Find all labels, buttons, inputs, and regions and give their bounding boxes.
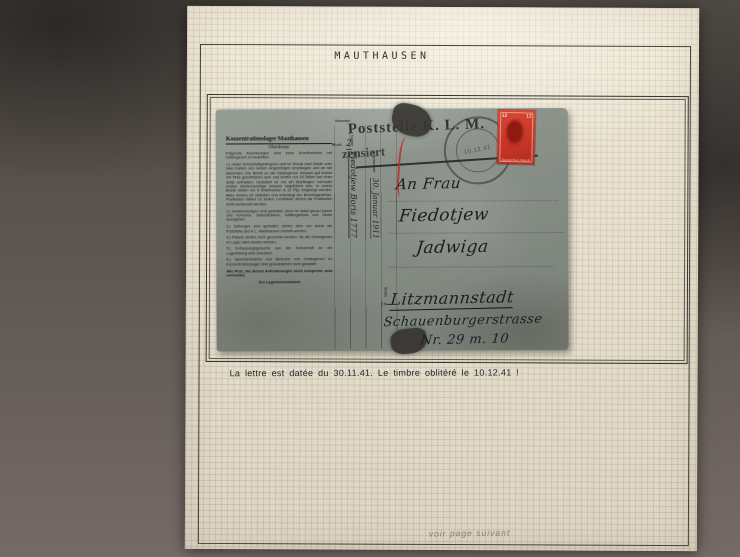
pencil-note: voir page suivant: [429, 528, 510, 539]
album-page: MAUTHAUSEN Konzentrationslager Mauthause…: [185, 6, 699, 551]
sender-stube-label: Stube: [383, 287, 388, 297]
envelope: Konzentrationslager Mauthausen Oberdonau…: [216, 108, 569, 352]
postmark-inner-circle: 10.12.41: [456, 128, 500, 172]
address-line-6: Nr. 29 m. 10: [420, 332, 510, 349]
address-line-3: Jadwiga: [415, 237, 490, 259]
french-annotation: La lettre est datée du 30.11.41. Le timb…: [230, 367, 560, 378]
rules-intro: Folgende Anordnungen sind beim Schriftve…: [226, 151, 332, 160]
photo-backdrop: MAUTHAUSEN Konzentrationslager Mauthause…: [0, 0, 740, 557]
rule-paragraph-1: 1.) Jeder Schutzhaftgefangene darf im Mo…: [226, 162, 332, 207]
address-guide-line: [388, 266, 553, 268]
address-line-2: Fiedotjew: [398, 205, 490, 227]
address-line-4: Litzmannstadt: [389, 287, 515, 311]
stamp-country: Deutsches Reich: [497, 157, 534, 162]
sender-name-value: Fiedotjew Boris 1777: [348, 151, 358, 238]
address-line-5: Schauenburgerstrasse: [383, 312, 544, 330]
address-guide-line: [388, 232, 563, 234]
address-guide-line: [388, 200, 558, 202]
stamp-value-left: 12: [502, 112, 508, 118]
stamp-value-right: 12: [526, 113, 532, 119]
sender-born-value: 30. Januar 1911: [370, 178, 380, 239]
page-title: MAUTHAUSEN: [282, 51, 482, 62]
censor-stamp-zensiert: zensiert: [341, 144, 385, 162]
rule-paragraph-2: 2.) Geldsendungen sind gestattet, doch i…: [226, 209, 332, 223]
sender-block-label: Block: [332, 142, 342, 147]
rules-subtitle: Oberdonau: [226, 144, 332, 149]
address-line-1: An Frau: [395, 174, 462, 193]
postage-stamp: 12 12 Deutsches Reich: [497, 110, 535, 165]
rule-paragraph-5: 5.) Entlassungsgesuche aus der Schutzhaf…: [226, 246, 332, 255]
rules-closing: Alle Post, die diesen Anforderungen nich…: [226, 269, 332, 278]
rule-paragraph-4: 4.) Pakete dürfen nicht geschickt werden…: [226, 235, 332, 244]
rules-signature: Der Lagerkommandant: [226, 280, 332, 285]
rule-paragraph-6: 6.) Sprecherlaubnis und Besuche von Gefa…: [226, 258, 332, 267]
postmark-date: 10.12.41: [464, 145, 492, 157]
rule-paragraph-3: 3.) Zeitungen sind gestattet, dürfen abe…: [226, 224, 332, 233]
camp-rules-column: Konzentrationslager Mauthausen Oberdonau…: [226, 135, 333, 349]
